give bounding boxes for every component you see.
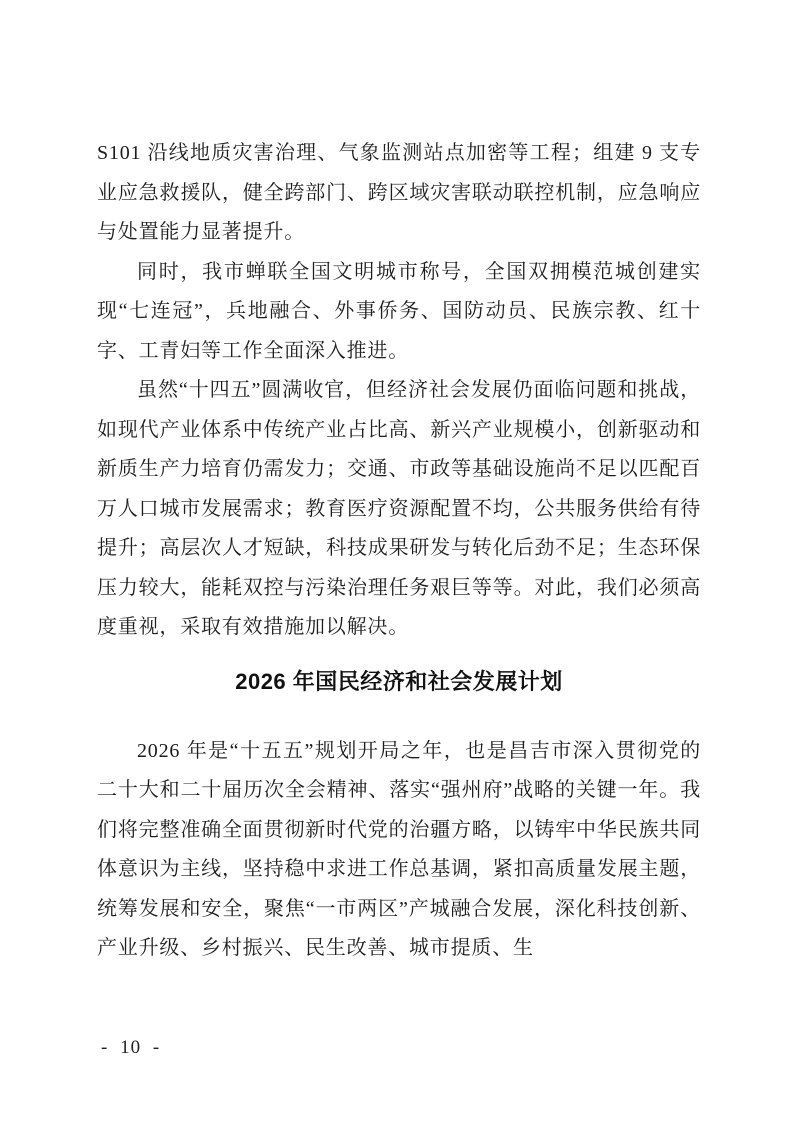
document-page: S101 沿线地质灾害治理、气象监测站点加密等工程；组建 9 支专业应急救援队，… [0, 0, 793, 1122]
section-heading: 2026 年国民经济和社会发展计划 [97, 662, 701, 702]
body-paragraph-continued: S101 沿线地质灾害治理、气象监测站点加密等工程；组建 9 支专业应急救援队，… [97, 134, 701, 253]
body-paragraph: 虽然“十四五”圆满收官，但经济社会发展仍面临问题和挑战，如现代产业体系中传统产业… [97, 371, 701, 648]
page-number: - 10 - [101, 1036, 160, 1060]
document-body: S101 沿线地质灾害治理、气象监测站点加密等工程；组建 9 支专业应急救援队，… [97, 134, 701, 969]
body-paragraph: 同时，我市蝉联全国文明城市称号，全国双拥模范城创建实现“七连冠”，兵地融合、外事… [97, 253, 701, 372]
body-paragraph: 2026 年是“十五五”规划开局之年，也是昌吉市深入贯彻党的二十大和二十届历次全… [97, 732, 701, 969]
